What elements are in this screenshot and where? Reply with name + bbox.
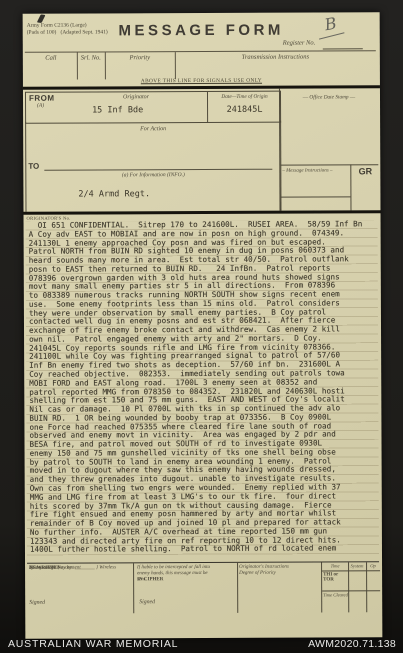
from-originator-box: FROM (A) Originator 15 Inf Bde Date—Time… bbox=[25, 91, 281, 124]
footer-divider bbox=[133, 563, 134, 613]
footer-divider bbox=[237, 563, 238, 613]
for-action-label: For Action bbox=[26, 126, 280, 133]
office-date-stamp-label: Office Date Stamp bbox=[280, 94, 378, 100]
thi-tor-label: THI or TOR bbox=[323, 572, 348, 582]
from-label: FROM bbox=[29, 94, 55, 103]
table-divider bbox=[322, 570, 380, 571]
date-time-origin-value: 241845L bbox=[208, 105, 281, 115]
system-header: System bbox=[348, 563, 366, 568]
signed-label-left: Signed bbox=[29, 600, 45, 606]
for-information-value: 2/4 Armd Regt. bbox=[78, 189, 150, 199]
gr-label: GR bbox=[352, 166, 378, 176]
footer-box: This message may be sent AS WRITTEN by a… bbox=[27, 561, 379, 614]
from-sub-label: (A) bbox=[37, 103, 44, 109]
time-cleared-label: Time Cleared bbox=[323, 592, 348, 597]
office-date-stamp-column: Office Date Stamp Message Instructions G… bbox=[279, 88, 379, 210]
date-time-origin-label: Date—Time of Origin bbox=[208, 94, 281, 100]
footer-time-table: Time System Op THI or TOR Time Cleared bbox=[321, 562, 380, 612]
register-no-handwritten: B bbox=[323, 14, 338, 35]
register-no-line bbox=[323, 48, 363, 49]
degree-of-priority-label: Degree of Priority bbox=[239, 571, 317, 577]
message-instructions-label: Message Instructions bbox=[282, 168, 348, 173]
item-id-caption: AWM2020.71.138 bbox=[308, 638, 396, 650]
archive-photo-stage: Army Form C2136 (Large)(Pads of 100) (Ad… bbox=[0, 0, 403, 653]
register-no-label: Register No. bbox=[283, 40, 316, 47]
footer-priority-cell: Originator's Instructions Degree of Prio… bbox=[239, 563, 317, 615]
above-line-note: ABOVE THIS LINE FOR SIGNALS USE ONLY bbox=[23, 77, 380, 85]
institution-caption: AUSTRALIAN WAR MEMORIAL bbox=[8, 638, 178, 650]
footer-cipher-cell: If liable to be intercepted or fall into… bbox=[137, 563, 235, 615]
srl-no-header: Srl. No. bbox=[77, 54, 105, 61]
address-area: For Action TO (a) For Information (INFO.… bbox=[25, 121, 281, 212]
call-header: Call bbox=[25, 55, 77, 62]
message-form-document: Army Form C2136 (Large)(Pads of 100) (Ad… bbox=[23, 12, 383, 639]
typed-message-body: OI 651 CONFIDENTIAL. Sitrep 170 to 24160… bbox=[29, 220, 380, 555]
cipher-caps: IN CIPHER bbox=[137, 577, 163, 583]
heavy-rule-body bbox=[24, 210, 381, 215]
transmission-instructions-header: Transmission Instructions bbox=[175, 53, 376, 61]
op-header: Op bbox=[366, 563, 380, 568]
table-divider bbox=[322, 590, 380, 591]
divider bbox=[350, 164, 351, 210]
originator-value: 15 Inf Bde bbox=[92, 105, 143, 115]
typed-line: 1400L further hostile shelling. Patrol t… bbox=[30, 545, 380, 555]
divider bbox=[280, 196, 350, 197]
for-information-label: (a) For Information (INFO.) bbox=[26, 172, 280, 179]
to-underline bbox=[44, 161, 272, 171]
date-time-origin-cell: Date—Time of Origin 241845L bbox=[207, 92, 281, 122]
footer-as-written-cell: This message may be sent AS WRITTEN by a… bbox=[29, 563, 131, 615]
priority-header: Priority bbox=[105, 54, 175, 61]
as-written-caps: AS WRITTEN bbox=[29, 566, 61, 572]
time-header: Time bbox=[322, 563, 348, 568]
signals-grid: Call Srl. No. Priority Transmission Inst… bbox=[25, 50, 376, 80]
originator-label: Originator bbox=[66, 94, 206, 101]
to-label: TO bbox=[28, 162, 39, 171]
signed-label-mid: Signed bbox=[139, 599, 155, 605]
